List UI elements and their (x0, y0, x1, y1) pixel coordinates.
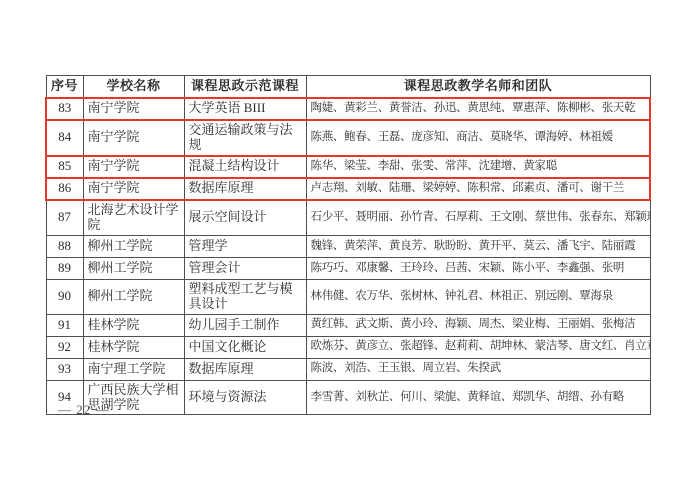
header-course-name: 课程思政示范课程 (184, 76, 306, 98)
header-school-name: 学校名称 (83, 76, 184, 98)
row-number: 92 (46, 336, 83, 358)
row-number: 86 (46, 178, 83, 200)
teacher-list: 黄红韩、武文斯、黄小玲、海颖、周杰、梁业梅、王丽娟、张梅洁 (306, 314, 650, 336)
teacher-list: 林伟健、农万华、张树林、钟礼君、林祖正、别远刚、覃海泉 (306, 279, 650, 314)
teacher-list: 卢志翔、刘敏、陆珊、梁婷婷、陈积常、邱素贞、潘可、谢干兰 (306, 178, 650, 200)
school-name: 北海艺术设计学院 (83, 200, 184, 235)
teacher-list: 陈波、刘浩、王玉银、周立岩、朱揆武 (306, 358, 650, 380)
teacher-list: 陈巧巧、邓康馨、王玲玲、吕茜、宋颖、陈小平、李鑫强、张明 (306, 257, 650, 279)
school-name: 南宁学院 (83, 156, 184, 178)
table-header-row: 序号 学校名称 课程思政示范课程 课程思政教学名师和团队 (46, 76, 650, 98)
table-row: 93南宁理工学院数据库原理陈波、刘浩、王玉银、周立岩、朱揆武 (46, 358, 650, 380)
table-row: 85南宁学院混凝土结构设计陈华、梁莹、李甜、张雯、常萍、沈建增、黄家聪 (46, 156, 650, 178)
row-number: 88 (46, 235, 83, 257)
school-name: 南宁理工学院 (83, 358, 184, 380)
school-name: 桂林学院 (83, 314, 184, 336)
school-name: 桂林学院 (83, 336, 184, 358)
course-table: 序号 学校名称 课程思政示范课程 课程思政教学名师和团队 83南宁学院大学英语 … (45, 75, 651, 415)
table-row: 84南宁学院交通运输政策与法规陈燕、鲍春、王磊、庞彦知、商洁、莫晓华、谭海婷、林… (46, 120, 650, 156)
page-number: — 22 — (58, 402, 110, 418)
course-name: 中国文化概论 (184, 336, 306, 358)
course-name: 数据库原理 (184, 178, 306, 200)
teacher-list: 石少平、聂明丽、孙竹青、石厚莉、王文刚、蔡世伟、张春东、郑颖琼 (306, 200, 650, 235)
table-row: 94广西民族大学相思湖学院环境与资源法李雪菁、刘秋芷、何川、梁旎、黄释谊、郑凯华… (46, 380, 650, 415)
row-number: 91 (46, 314, 83, 336)
school-name: 南宁学院 (83, 178, 184, 200)
course-name: 展示空间设计 (184, 200, 306, 235)
table-row: 92桂林学院中国文化概论欧炼芬、黄彦立、张超锋、赵莉莉、胡坤林、蒙洁琴、唐文红、… (46, 336, 650, 358)
header-teacher-team: 课程思政教学名师和团队 (306, 76, 650, 98)
course-name: 塑料成型工艺与模具设计 (184, 279, 306, 314)
table-row: 83南宁学院大学英语 BIII陶婕、黄彩兰、黄誉洁、孙迅、黄思纯、覃惠萍、陈柳彬… (46, 98, 650, 120)
header-serial-number: 序号 (46, 76, 83, 98)
school-name: 柳州工学院 (83, 279, 184, 314)
row-number: 83 (46, 98, 83, 120)
course-name: 数据库原理 (184, 358, 306, 380)
course-name: 环境与资源法 (184, 380, 306, 415)
course-name: 管理学 (184, 235, 306, 257)
table-row: 89柳州工学院管理会计陈巧巧、邓康馨、王玲玲、吕茜、宋颖、陈小平、李鑫强、张明 (46, 257, 650, 279)
course-name: 交通运输政策与法规 (184, 120, 306, 156)
school-name: 南宁学院 (83, 98, 184, 120)
table-row: 88柳州工学院管理学魏锋、黄荣萍、黄良芳、耿盼盼、黄开平、莫云、潘飞宇、陆丽霞 (46, 235, 650, 257)
course-name: 混凝土结构设计 (184, 156, 306, 178)
teacher-list: 李雪菁、刘秋芷、何川、梁旎、黄释谊、郑凯华、胡缙、孙有略 (306, 380, 650, 415)
table-row: 86南宁学院数据库原理卢志翔、刘敏、陆珊、梁婷婷、陈积常、邱素贞、潘可、谢干兰 (46, 178, 650, 200)
school-name: 柳州工学院 (83, 235, 184, 257)
course-name: 幼儿园手工制作 (184, 314, 306, 336)
document-page: 序号 学校名称 课程思政示范课程 课程思政教学名师和团队 83南宁学院大学英语 … (0, 0, 687, 484)
table-row: 91桂林学院幼儿园手工制作黄红韩、武文斯、黄小玲、海颖、周杰、梁业梅、王丽娟、张… (46, 314, 650, 336)
row-number: 89 (46, 257, 83, 279)
row-number: 84 (46, 120, 83, 156)
teacher-list: 欧炼芬、黄彦立、张超锋、赵莉莉、胡坤林、蒙洁琴、唐文红、肖立章 (306, 336, 650, 358)
course-name: 管理会计 (184, 257, 306, 279)
table-row: 90柳州工学院塑料成型工艺与模具设计林伟健、农万华、张树林、钟礼君、林祖正、别远… (46, 279, 650, 314)
teacher-list: 陈华、梁莹、李甜、张雯、常萍、沈建增、黄家聪 (306, 156, 650, 178)
course-name: 大学英语 BIII (184, 98, 306, 120)
row-number: 87 (46, 200, 83, 235)
school-name: 柳州工学院 (83, 257, 184, 279)
teacher-list: 陶婕、黄彩兰、黄誉洁、孙迅、黄思纯、覃惠萍、陈柳彬、张天乾 (306, 98, 650, 120)
table-body: 83南宁学院大学英语 BIII陶婕、黄彩兰、黄誉洁、孙迅、黄思纯、覃惠萍、陈柳彬… (46, 98, 650, 415)
teacher-list: 魏锋、黄荣萍、黄良芳、耿盼盼、黄开平、莫云、潘飞宇、陆丽霞 (306, 235, 650, 257)
teacher-list: 陈燕、鲍春、王磊、庞彦知、商洁、莫晓华、谭海婷、林祖嫒 (306, 120, 650, 156)
table-row: 87北海艺术设计学院展示空间设计石少平、聂明丽、孙竹青、石厚莉、王文刚、蔡世伟、… (46, 200, 650, 235)
school-name: 南宁学院 (83, 120, 184, 156)
row-number: 93 (46, 358, 83, 380)
row-number: 85 (46, 156, 83, 178)
row-number: 90 (46, 279, 83, 314)
